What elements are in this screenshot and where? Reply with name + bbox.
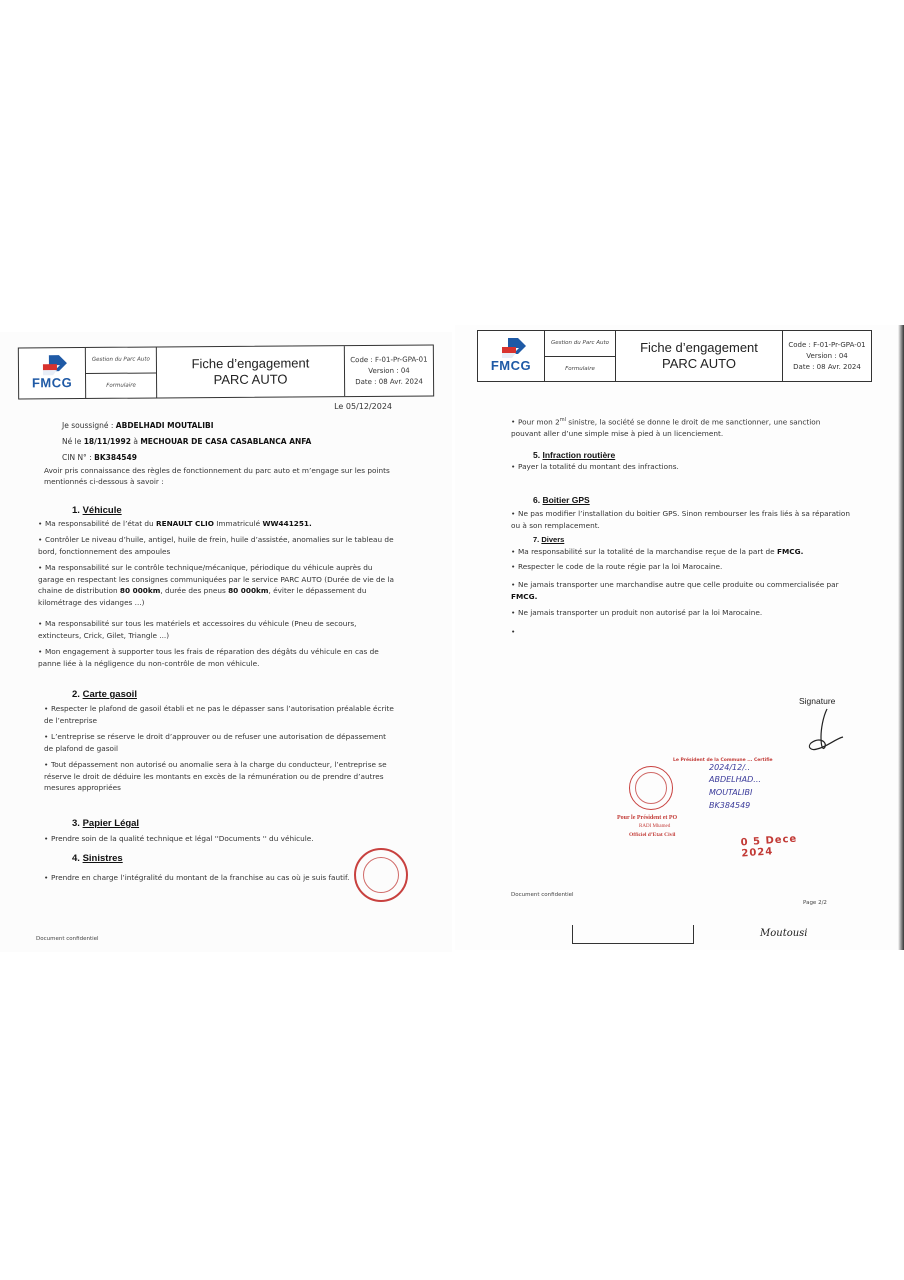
list-item: •Ne jamais transporter un produit non au… [511,607,861,619]
signer-name: ABDELHADI MOUTALIBI [116,421,214,430]
official-stamp [354,848,408,902]
signature-label: Signature [799,696,835,706]
list-item: •Ne jamais transporter une marchandise a… [511,579,851,602]
logo-arrow-icon [500,337,528,359]
page-edge [898,325,904,950]
stamp-date: 0 5 Dece 2024 [740,833,812,860]
section-title-divers: 7. Divers [533,535,564,544]
section-title-infraction: 5. Infraction routière [533,450,615,460]
section-title-carte-gasoil: 2. Carte gasoil [72,689,137,700]
section-title-papier-legal: 3. Papier Légal [72,818,139,829]
fmcg-logo: FMCG [19,348,86,398]
list-item: •Payer la totalité du montant des infrac… [511,461,851,473]
list-item: •Respecter le code de la route régie par… [511,561,861,573]
list-item: •Mon engagement à supporter tous les fra… [38,646,400,669]
document-page-1: FMCG Gestion du Parc Auto Formulaire Fic… [0,332,452,952]
list-item: •Ma responsabilité sur le contrôle techn… [38,562,400,608]
list-item: •L’entreprise se réserve le droit d’appr… [44,731,396,754]
document-header: FMCG Gestion du Parc Auto Formulaire Fic… [18,345,434,400]
list-item: •Respecter le plafond de gasoil établi e… [44,703,396,726]
footer-confidential: Document confidentiel [36,936,99,942]
section-title-sinistres: 4. Sinistres [72,853,123,864]
intro-paragraph: Avoir pris connaissance des règles de fo… [44,465,396,487]
bottom-box [572,925,694,944]
handwritten-name: Moutousi [760,928,808,939]
header-dept: Gestion du Parc Auto [86,347,156,373]
list-item: •Ma responsabilité sur la totalité de la… [511,546,861,558]
document-title: Fiche d’engagement PARC AUTO [616,331,783,381]
list-item: •Pour mon 2ml sinistre, la société se do… [511,415,851,440]
footer-confidential: Document confidentiel [511,892,574,898]
list-item: •Contrôler Le niveau d’huile, antigel, h… [38,534,400,557]
document-header: FMCG Gestion du Parc Auto Formulaire Fic… [477,330,872,382]
signature-scribble [805,707,845,753]
list-item: •Ne pas modifier l’installation du boiti… [511,508,851,531]
list-item: •Tout dépassement non autorisé ou anomal… [44,759,396,794]
signer-line: Je soussigné : ABDELHADI MOUTALIBI [62,421,214,430]
document-code-block: Code : F-01-Pr-GPA-01 Version : 04 Date … [345,346,433,397]
section-title-boitier-gps: 6. Boitier GPS [533,495,590,505]
cin-number: BK384549 [94,453,137,462]
cin-line: CIN N° : BK384549 [62,453,137,462]
legalization-stamp: Le Président de la Commune ... Certifie … [617,758,812,858]
list-item: •Ma responsabilité de l’état du RENAULT … [38,518,408,530]
document-title: Fiche d’engagement PARC AUTO [157,346,345,397]
fmcg-logo: FMCG [478,331,545,381]
list-item: •Prendre soin de la qualité technique et… [44,833,414,845]
header-form-type: Formulaire [86,373,156,398]
header-form-type: Formulaire [545,357,615,382]
list-item: • [511,626,861,638]
document-date: Le 05/12/2024 [334,402,392,411]
list-item: •Ma responsabilité sur tous les matériel… [38,618,400,641]
document-page-2: FMCG Gestion du Parc Auto Formulaire Fic… [455,325,904,950]
header-dept: Gestion du Parc Auto [545,331,615,357]
section-title-vehicule: 1. Véhicule [72,505,122,516]
birth-line: Né le 18/11/1992 à MECHOUAR DE CASA CASA… [62,437,311,446]
document-code-block: Code : F-01-Pr-GPA-01 Version : 04 Date … [783,331,871,381]
logo-arrow-icon [41,354,69,376]
page-number: Page 2/2 [803,900,827,906]
